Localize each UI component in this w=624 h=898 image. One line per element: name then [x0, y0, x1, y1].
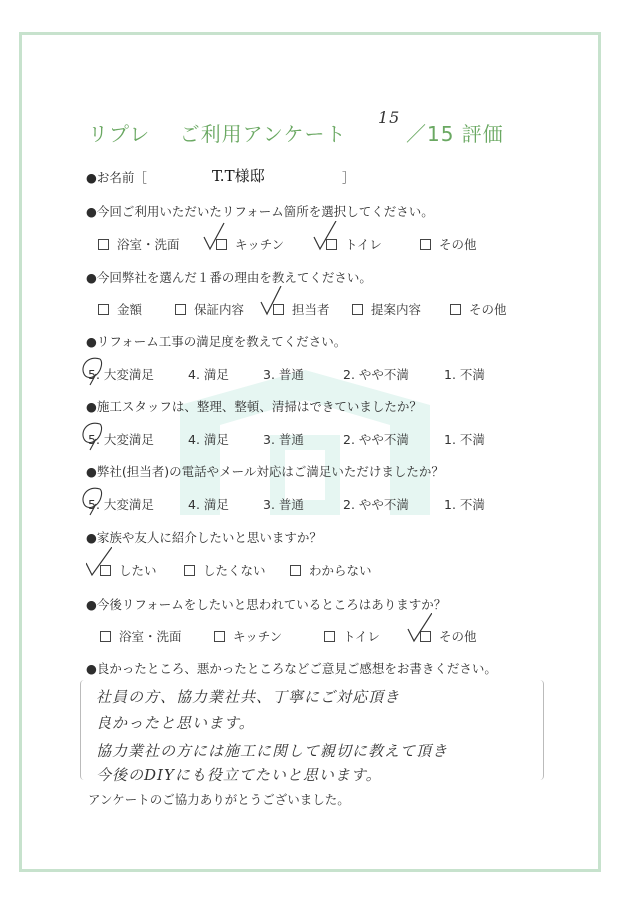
checkbox[interactable] — [273, 304, 284, 315]
option-other[interactable]: その他 — [450, 300, 507, 318]
survey-name: ご利用アンケート — [180, 122, 347, 146]
name-value[interactable]: T.T様邸 — [212, 165, 265, 186]
rating-3[interactable]: 3. 普通 — [263, 495, 304, 513]
checkbox[interactable] — [98, 239, 109, 250]
checkbox[interactable] — [326, 239, 337, 250]
rating-1[interactable]: 1. 不満 — [444, 365, 485, 383]
option-warranty[interactable]: 保証内容 — [175, 300, 244, 318]
comment-line-2: 良かったと思います。 — [96, 712, 255, 733]
handwritten-score: 15 — [378, 108, 400, 127]
option-unsure[interactable]: わからない — [290, 561, 372, 579]
question-8-text: ●良かったところ、悪かったところなどご意見ご感想をお書きください。 — [86, 659, 497, 677]
survey-title: リプレ ご利用アンケート 15 ／15 評価 — [88, 118, 346, 147]
checkbox[interactable] — [352, 304, 363, 315]
option-proposal[interactable]: 提案内容 — [352, 300, 421, 318]
thank-you-footer: アンケートのご協力ありがとうございました。 — [88, 790, 350, 808]
option-staff[interactable]: 担当者 — [273, 300, 330, 318]
option-kitchen[interactable]: キッチン — [216, 235, 284, 253]
question-3-text: ●リフォーム工事の満足度を教えてください。 — [86, 332, 346, 350]
checkbox[interactable] — [214, 631, 225, 642]
name-close-bracket: ］ — [342, 168, 355, 186]
checkbox[interactable] — [324, 631, 335, 642]
name-field: ●お名前［ T.T様邸 ］ — [86, 168, 147, 186]
comment-line-4: 今後のDIYにも役立てたいと思います。 — [96, 764, 382, 785]
question-1-text: ●今回ご利用いただいたリフォーム箇所を選択してください。 — [86, 202, 434, 220]
rating-2[interactable]: 2. やや不満 — [343, 365, 409, 383]
rating-4[interactable]: 4. 満足 — [188, 365, 229, 383]
question-7-text: ●今後リフォームをしたいと思われているところはありますか？ — [86, 595, 446, 613]
checkbox[interactable] — [100, 565, 111, 576]
checkbox[interactable] — [420, 631, 431, 642]
option-other[interactable]: その他 — [420, 627, 477, 645]
checkbox[interactable] — [100, 631, 111, 642]
comment-line-1: 社員の方、協力業社共、丁寧にご対応頂き — [96, 686, 400, 707]
name-label: ●お名前［ — [86, 170, 147, 185]
checkbox[interactable] — [98, 304, 109, 315]
question-6-text: ●家族や友人に紹介したいと思いますか？ — [86, 528, 322, 546]
checkbox[interactable] — [175, 304, 186, 315]
option-no[interactable]: したくない — [184, 561, 266, 579]
checkbox[interactable] — [450, 304, 461, 315]
rating-2[interactable]: 2. やや不満 — [343, 495, 409, 513]
rating-5[interactable]: 5. 大変満足 — [88, 430, 154, 448]
option-bath[interactable]: 浴室・洗面 — [100, 627, 182, 645]
checkbox[interactable] — [216, 239, 227, 250]
question-4-text: ●施工スタッフは、整理、整頓、清掃はできていましたか？ — [86, 397, 422, 415]
checkbox[interactable] — [420, 239, 431, 250]
rating-1[interactable]: 1. 不満 — [444, 430, 485, 448]
rating-3[interactable]: 3. 普通 — [263, 365, 304, 383]
brand-name: リプレ — [88, 122, 150, 146]
checkbox[interactable] — [184, 565, 195, 576]
option-toilet[interactable]: トイレ — [324, 627, 380, 645]
question-5-text: ●弊社(担当者)の電話やメール対応はご満足いただけましたか？ — [86, 462, 444, 480]
rating-5[interactable]: 5. 大変満足 — [88, 365, 154, 383]
rating-3[interactable]: 3. 普通 — [263, 430, 304, 448]
option-kitchen[interactable]: キッチン — [214, 627, 282, 645]
rating-1[interactable]: 1. 不満 — [444, 495, 485, 513]
rating-5[interactable]: 5. 大変満足 — [88, 495, 154, 513]
question-2-text: ●今回弊社を選んだ１番の理由を教えてください。 — [86, 268, 372, 286]
rating-2[interactable]: 2. やや不満 — [343, 430, 409, 448]
option-yes[interactable]: したい — [100, 561, 157, 579]
option-other[interactable]: その他 — [420, 235, 477, 253]
option-bath[interactable]: 浴室・洗面 — [98, 235, 180, 253]
rating-4[interactable]: 4. 満足 — [188, 430, 229, 448]
checkbox[interactable] — [290, 565, 301, 576]
option-price[interactable]: 金額 — [98, 300, 142, 318]
comment-line-3: 協力業社の方には施工に関して親切に教えて頂き — [96, 740, 448, 761]
rating-4[interactable]: 4. 満足 — [188, 495, 229, 513]
option-toilet[interactable]: トイレ — [326, 235, 382, 253]
score-total: ／15 評価 — [406, 118, 504, 147]
